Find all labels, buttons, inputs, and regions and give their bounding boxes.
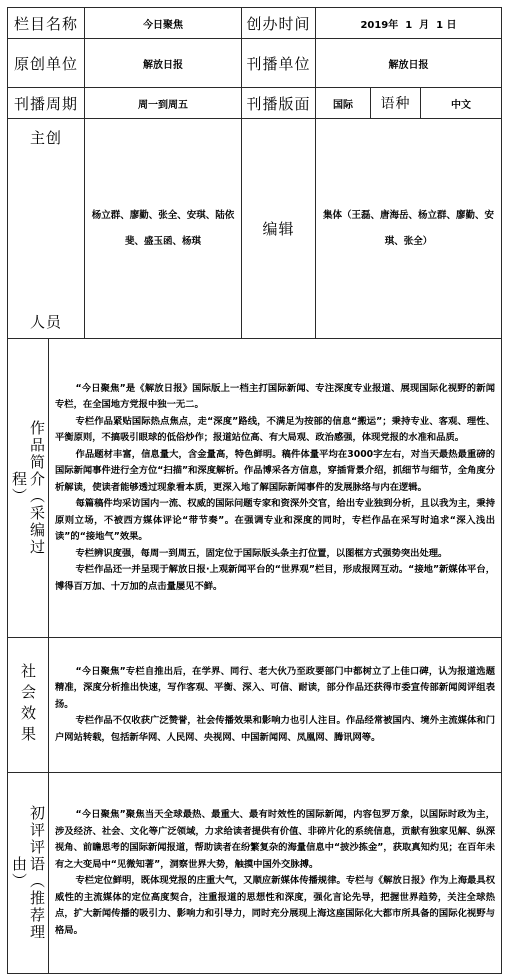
cycle-value: 周一到周五 bbox=[84, 87, 242, 119]
creators-value: 杨立群、廖勤、张全、安琪、陆依斐、盛玉函、杨琪 bbox=[84, 118, 242, 339]
intro-label: 作品简介（采编过程） bbox=[10, 413, 46, 563]
intro-paragraph: 专栏辨识度强，每周一到周五，固定位于国际版头条主打位置，以图框方式强势突出处理。 bbox=[55, 546, 495, 563]
original-unit-value: 解放日报 bbox=[84, 38, 242, 88]
creators-label-bottom: 人员 bbox=[30, 311, 62, 332]
cycle-label: 刊播周期 bbox=[7, 87, 85, 119]
language-label: 语种 bbox=[370, 87, 421, 119]
intro-paragraph: 专栏作品还一并呈现于解放日报·上观新闻平台的“世界观”栏目，形成报网互动。“接地… bbox=[55, 562, 495, 595]
publish-unit-label: 刊播单位 bbox=[241, 38, 316, 88]
social-label: 社会效果 bbox=[19, 663, 37, 747]
editors-value: 集体（王磊、唐海岳、杨立群、廖勤、安琪、张全） bbox=[315, 118, 502, 339]
creators-label-cell: 主创 人员 bbox=[7, 118, 85, 339]
social-label-cell: 社会效果 bbox=[7, 637, 49, 773]
column-name-label: 栏目名称 bbox=[7, 7, 85, 39]
intro-paragraph: 每篇稿件均采访国内一流、权威的国际问题专家和资深外交官，给出专业独到分析，且以我… bbox=[55, 496, 495, 546]
intro-label-cell: 作品简介（采编过程） bbox=[7, 338, 49, 638]
intro-paragraph: 专栏作品紧贴国际热点焦点，走“深度”路线，不满足为按部的信息“搬运”；秉持专业、… bbox=[55, 414, 495, 447]
recommend-paragraph: “今日聚焦”聚焦当天全球最热、最重大、最有时效性的国际新闻，内容包罗万象，以国际… bbox=[55, 807, 495, 873]
publish-unit-value: 解放日报 bbox=[315, 38, 502, 88]
social-body: “今日聚焦”专栏自推出后，在学界、同行、老大伙乃至政要部门中都树立了上佳口碑，认… bbox=[48, 637, 502, 773]
language-value: 中文 bbox=[420, 87, 502, 119]
recommend-label-cell: 初评评语（推荐理由） bbox=[7, 772, 49, 974]
intro-paragraph: 作品题材丰富，信息量大，含金量高，特色鲜明。稿件体量平均在3000字左右，对当天… bbox=[55, 447, 495, 497]
recommend-body: “今日聚焦”聚焦当天全球最热、最重大、最有时效性的国际新闻，内容包罗万象，以国际… bbox=[48, 772, 502, 974]
intro-body: “今日聚焦”是《解放日报》国际版上一档主打国际新闻、专注深度专业报道、展现国际化… bbox=[48, 338, 502, 638]
column-name-value: 今日聚焦 bbox=[84, 7, 242, 39]
founded-value: 2019年 1 月 1 日 bbox=[315, 7, 502, 39]
section-value: 国际 bbox=[315, 87, 371, 119]
editors-label: 编辑 bbox=[241, 118, 316, 339]
founded-label: 创办时间 bbox=[241, 7, 316, 39]
recommend-paragraph: 专栏定位鲜明，既体现党报的庄重大气，又顺应新媒体传播规律。专栏与《解放日报》作为… bbox=[55, 873, 495, 939]
creators-label-top: 主创 bbox=[30, 127, 62, 148]
recommend-label: 初评评语（推荐理由） bbox=[10, 793, 46, 953]
social-paragraph: 专栏作品不仅收获广泛赞誉，社会传播效果和影响力也引人注目。作品经常被国内、境外主… bbox=[55, 713, 495, 746]
social-paragraph: “今日聚焦”专栏自推出后，在学界、同行、老大伙乃至政要部门中都树立了上佳口碑，认… bbox=[55, 664, 495, 714]
intro-paragraph: “今日聚焦”是《解放日报》国际版上一档主打国际新闻、专注深度专业报道、展现国际化… bbox=[55, 381, 495, 414]
original-unit-label: 原创单位 bbox=[7, 38, 85, 88]
section-label: 刊播版面 bbox=[241, 87, 316, 119]
